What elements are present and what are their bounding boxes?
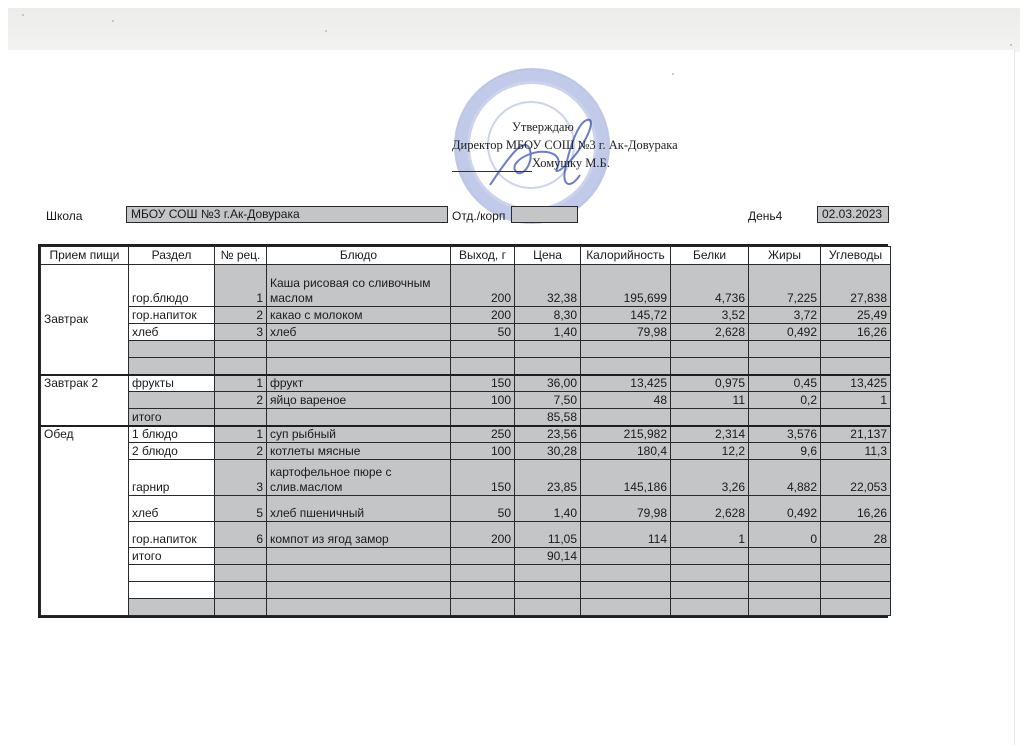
calories-cell[interactable]: 145,186 [581, 460, 671, 496]
calories-cell[interactable] [581, 582, 671, 599]
col-header-protein: Белки [671, 247, 749, 265]
dish-cell[interactable]: картофельное пюре с слив.маслом [267, 460, 451, 496]
scan-margin [8, 8, 1020, 52]
table-row [41, 565, 891, 582]
price-cell[interactable]: 23,85 [515, 460, 581, 496]
yield-cell[interactable]: 150 [451, 460, 515, 496]
yield-cell[interactable] [451, 582, 515, 599]
price-cell[interactable]: 7,50 [515, 392, 581, 409]
scan-speck [22, 14, 24, 16]
yield-cell[interactable]: 200 [451, 307, 515, 324]
table-row [41, 582, 891, 599]
recipe-no-cell[interactable]: 3 [215, 460, 267, 496]
recipe-no-cell[interactable]: 5 [215, 496, 267, 522]
protein-cell[interactable] [671, 358, 749, 375]
carbs-cell[interactable] [821, 341, 891, 358]
protein-cell[interactable]: 2,628 [671, 324, 749, 341]
protein-cell[interactable]: 4,736 [671, 265, 749, 307]
dish-cell[interactable]: фрукт [267, 375, 451, 392]
price-cell[interactable]: 30,28 [515, 443, 581, 460]
protein-cell[interactable] [671, 599, 749, 616]
section-cell[interactable]: 2 блюдо [129, 443, 215, 460]
calories-cell[interactable]: 180,4 [581, 443, 671, 460]
fat-cell[interactable] [749, 565, 821, 582]
protein-cell[interactable]: 11 [671, 392, 749, 409]
carbs-cell[interactable] [821, 565, 891, 582]
calories-cell[interactable]: 145,72 [581, 307, 671, 324]
calories-cell[interactable] [581, 599, 671, 616]
fat-cell[interactable] [749, 358, 821, 375]
yield-cell[interactable]: 200 [451, 265, 515, 307]
approval-position: Директор МБОУ СОШ №3 г. Ак-Довурака [452, 138, 678, 153]
carbs-cell[interactable]: 25,49 [821, 307, 891, 324]
carbs-cell[interactable]: 21,137 [821, 426, 891, 443]
recipe-no-cell[interactable]: 2 [215, 392, 267, 409]
section-cell[interactable]: гор.напиток [129, 307, 215, 324]
recipe-no-cell[interactable]: 1 [215, 375, 267, 392]
carbs-cell[interactable]: 27,838 [821, 265, 891, 307]
fat-cell[interactable]: 0,492 [749, 496, 821, 522]
price-cell[interactable] [515, 582, 581, 599]
scan-speck [1010, 44, 1012, 46]
section-cell[interactable]: итого [129, 548, 215, 565]
table-row: гор.напиток2какао с молоком2008,30145,72… [41, 307, 891, 324]
table-row: итого90,14 [41, 548, 891, 565]
recipe-no-cell[interactable] [215, 341, 267, 358]
recipe-no-cell[interactable]: 1 [215, 426, 267, 443]
col-header-price: Цена [515, 247, 581, 265]
protein-cell[interactable]: 1 [671, 522, 749, 548]
calories-cell[interactable]: 114 [581, 522, 671, 548]
approval-name: Хомушку М.Б. [532, 156, 610, 171]
section-cell[interactable]: хлеб [129, 496, 215, 522]
calories-cell[interactable]: 48 [581, 392, 671, 409]
price-cell[interactable]: 32,38 [515, 265, 581, 307]
table-row: хлеб5хлеб пшеничный501,4079,982,6280,492… [41, 496, 891, 522]
recipe-no-cell[interactable] [215, 565, 267, 582]
dish-cell[interactable]: какао с молоком [267, 307, 451, 324]
fat-cell[interactable] [749, 582, 821, 599]
dish-cell[interactable] [267, 341, 451, 358]
protein-cell[interactable]: 2,314 [671, 426, 749, 443]
section-cell[interactable]: гор.напиток [129, 522, 215, 548]
yield-cell[interactable]: 100 [451, 392, 515, 409]
fat-cell[interactable] [749, 341, 821, 358]
section-cell[interactable] [129, 392, 215, 409]
section-cell[interactable] [129, 565, 215, 582]
fat-cell[interactable]: 0 [749, 522, 821, 548]
section-cell[interactable]: гор.блюдо [129, 265, 215, 307]
yield-cell[interactable] [451, 409, 515, 426]
fat-cell[interactable]: 0,492 [749, 324, 821, 341]
carbs-cell[interactable] [821, 599, 891, 616]
recipe-no-cell[interactable] [215, 548, 267, 565]
section-cell[interactable]: фрукты [129, 375, 215, 392]
col-header-yield: Выход, г [451, 247, 515, 265]
recipe-no-cell[interactable]: 1 [215, 265, 267, 307]
calories-cell[interactable]: 215,982 [581, 426, 671, 443]
table-header-row: Прием пищи Раздел № рец. Блюдо Выход, г … [41, 247, 891, 265]
yield-cell[interactable]: 100 [451, 443, 515, 460]
recipe-no-cell[interactable]: 3 [215, 324, 267, 341]
dish-cell[interactable] [267, 582, 451, 599]
recipe-no-cell[interactable]: 2 [215, 443, 267, 460]
calories-cell[interactable] [581, 341, 671, 358]
dept-label: Отд./корп [452, 209, 505, 223]
calories-cell[interactable] [581, 548, 671, 565]
fat-cell[interactable]: 0,45 [749, 375, 821, 392]
carbs-cell[interactable] [821, 409, 891, 426]
dish-cell[interactable] [267, 599, 451, 616]
recipe-no-cell[interactable] [215, 409, 267, 426]
protein-cell[interactable] [671, 565, 749, 582]
table-row: Завтрак 2фрукты1фрукт15036,0013,4250,975… [41, 375, 891, 392]
dish-cell[interactable] [267, 548, 451, 565]
recipe-no-cell[interactable] [215, 358, 267, 375]
table-row: хлеб3хлеб501,4079,982,6280,49216,26 [41, 324, 891, 341]
price-cell[interactable]: 8,30 [515, 307, 581, 324]
section-cell[interactable]: гарнир [129, 460, 215, 496]
table-row: итого85,58 [41, 409, 891, 426]
carbs-cell[interactable]: 13,425 [821, 375, 891, 392]
calories-cell[interactable] [581, 409, 671, 426]
yield-cell[interactable]: 200 [451, 522, 515, 548]
fat-cell[interactable]: 0,2 [749, 392, 821, 409]
scan-speck [325, 30, 327, 32]
yield-cell[interactable] [451, 548, 515, 565]
protein-cell[interactable]: 2,628 [671, 496, 749, 522]
table-row: 2яйцо вареное1007,5048110,21 [41, 392, 891, 409]
protein-cell[interactable] [671, 548, 749, 565]
protein-cell[interactable]: 0,975 [671, 375, 749, 392]
calories-cell[interactable]: 79,98 [581, 324, 671, 341]
table-row: Завтракгор.блюдо1Каша рисовая со сливочн… [41, 265, 891, 307]
fat-cell[interactable]: 3,576 [749, 426, 821, 443]
yield-cell[interactable] [451, 341, 515, 358]
table-row [41, 599, 891, 616]
section-cell[interactable]: хлеб [129, 324, 215, 341]
scan-speck [112, 20, 114, 22]
price-cell[interactable]: 85,58 [515, 409, 581, 426]
meal-cell: Завтрак 2 [41, 375, 129, 426]
section-cell[interactable] [129, 341, 215, 358]
carbs-cell[interactable] [821, 548, 891, 565]
carbs-cell[interactable]: 1 [821, 392, 891, 409]
school-field[interactable]: МБОУ СОШ №3 г.Ак-Довурака [126, 206, 448, 223]
protein-cell[interactable]: 3,26 [671, 460, 749, 496]
price-cell[interactable] [515, 358, 581, 375]
recipe-no-cell[interactable]: 2 [215, 307, 267, 324]
calories-cell[interactable]: 13,425 [581, 375, 671, 392]
dish-cell[interactable]: котлеты мясные [267, 443, 451, 460]
price-cell[interactable]: 23,56 [515, 426, 581, 443]
yield-cell[interactable] [451, 358, 515, 375]
date-field[interactable]: 02.03.2023 [817, 206, 889, 223]
carbs-cell[interactable] [821, 582, 891, 599]
school-label: Школа [46, 209, 82, 223]
col-header-section: Раздел [129, 247, 215, 265]
carbs-cell[interactable]: 22,053 [821, 460, 891, 496]
calories-cell[interactable] [581, 565, 671, 582]
yield-cell[interactable] [451, 599, 515, 616]
dish-cell[interactable]: хлеб [267, 324, 451, 341]
recipe-no-cell[interactable] [215, 599, 267, 616]
dish-cell[interactable] [267, 565, 451, 582]
carbs-cell[interactable]: 28 [821, 522, 891, 548]
table-row: 2 блюдо2котлеты мясные10030,28180,412,29… [41, 443, 891, 460]
col-header-recipe-no: № рец. [215, 247, 267, 265]
table-row [41, 341, 891, 358]
approval-title: Утверждаю [512, 120, 574, 135]
col-header-dish: Блюдо [267, 247, 451, 265]
col-header-calories: Калорийность [581, 247, 671, 265]
carbs-cell[interactable] [821, 358, 891, 375]
table-row [41, 358, 891, 375]
calories-cell[interactable] [581, 358, 671, 375]
calories-cell[interactable]: 195,699 [581, 265, 671, 307]
dish-cell[interactable]: яйцо вареное [267, 392, 451, 409]
section-cell[interactable] [129, 582, 215, 599]
yield-cell[interactable]: 250 [451, 426, 515, 443]
carbs-cell[interactable]: 11,3 [821, 443, 891, 460]
fat-cell[interactable] [749, 599, 821, 616]
table-row: гор.напиток6компот из ягод замор20011,05… [41, 522, 891, 548]
protein-cell[interactable]: 3,52 [671, 307, 749, 324]
calories-cell[interactable]: 79,98 [581, 496, 671, 522]
meal-cell: Обед [41, 426, 129, 616]
protein-cell[interactable] [671, 409, 749, 426]
col-header-meal: Прием пищи [41, 247, 129, 265]
price-cell[interactable]: 1,40 [515, 496, 581, 522]
table-row: гарнир3картофельное пюре с слив.маслом15… [41, 460, 891, 496]
dept-field[interactable] [511, 206, 578, 223]
dish-cell[interactable]: компот из ягод замор [267, 522, 451, 548]
fat-cell[interactable]: 7,225 [749, 265, 821, 307]
fat-cell[interactable]: 3,72 [749, 307, 821, 324]
recipe-no-cell[interactable]: 6 [215, 522, 267, 548]
yield-cell[interactable] [451, 565, 515, 582]
price-cell[interactable]: 11,05 [515, 522, 581, 548]
price-cell[interactable]: 36,00 [515, 375, 581, 392]
signature-line [452, 171, 532, 172]
dish-cell[interactable]: суп рыбный [267, 426, 451, 443]
scan-speck [672, 73, 674, 75]
fat-cell[interactable]: 4,882 [749, 460, 821, 496]
dish-cell[interactable] [267, 409, 451, 426]
section-cell[interactable] [129, 599, 215, 616]
protein-cell[interactable] [671, 582, 749, 599]
table-row: Обед1 блюдо1суп рыбный25023,56215,9822,3… [41, 426, 891, 443]
protein-cell[interactable] [671, 341, 749, 358]
section-cell[interactable]: 1 блюдо [129, 426, 215, 443]
section-cell[interactable] [129, 358, 215, 375]
dish-cell[interactable] [267, 358, 451, 375]
day-label: День4 [748, 209, 782, 223]
carbs-cell[interactable]: 16,26 [821, 324, 891, 341]
yield-cell[interactable]: 150 [451, 375, 515, 392]
protein-cell[interactable]: 12,2 [671, 443, 749, 460]
price-cell[interactable] [515, 599, 581, 616]
recipe-no-cell[interactable] [215, 582, 267, 599]
meal-cell: Завтрак [41, 265, 129, 375]
menu-table: Прием пищи Раздел № рец. Блюдо Выход, г … [38, 244, 888, 618]
yield-cell[interactable]: 50 [451, 324, 515, 341]
price-cell[interactable]: 90,14 [515, 548, 581, 565]
yield-cell[interactable]: 50 [451, 496, 515, 522]
section-cell[interactable]: итого [129, 409, 215, 426]
col-header-carbs: Углеводы [821, 247, 891, 265]
fat-cell[interactable] [749, 409, 821, 426]
price-cell[interactable] [515, 565, 581, 582]
price-cell[interactable]: 1,40 [515, 324, 581, 341]
fat-cell[interactable] [749, 548, 821, 565]
fat-cell[interactable]: 9,6 [749, 443, 821, 460]
dish-cell[interactable]: Каша рисовая со сливочным маслом [267, 265, 451, 307]
col-header-fat: Жиры [749, 247, 821, 265]
price-cell[interactable] [515, 341, 581, 358]
carbs-cell[interactable]: 16,26 [821, 496, 891, 522]
dish-cell[interactable]: хлеб пшеничный [267, 496, 451, 522]
